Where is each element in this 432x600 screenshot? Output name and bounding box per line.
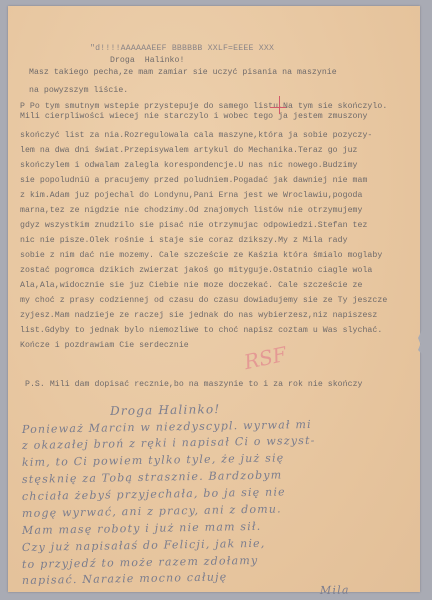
handwritten-line: mogę wyrwać, ani z pracy, ani z domu. bbox=[22, 502, 282, 520]
typed-body-line: marna,tez ze nigdzie nie chodzimy.Od zna… bbox=[20, 206, 362, 215]
red-signature-mark: RSF bbox=[242, 342, 289, 374]
typed-body-line: sobie z nim dać nie mozemy. Cale szcześc… bbox=[20, 251, 382, 260]
handwritten-line: stęsknię za Tobą strasznie. Bardzobym bbox=[22, 468, 283, 486]
handwritten-line: Mam masę roboty i już nie mam sił. bbox=[22, 520, 262, 537]
typed-test-header: "d!!!!AAAAAAEEF BBBBBB XXLF=EEEE XXX bbox=[90, 44, 274, 53]
typed-body-line: lem na dwa dni świat.Przepisywalem artyk… bbox=[20, 146, 358, 155]
typed-body-line: zyjesz.Mam nadzieje ze raczej sie jednak… bbox=[20, 311, 377, 320]
letter-page: "d!!!!AAAAAAEEF BBBBBB XXLF=EEEE XXX Dro… bbox=[8, 6, 420, 592]
typed-intro-line: Masz takiego pecha,ze mam zamiar sie ucz… bbox=[29, 68, 337, 77]
handwritten-line: Ponieważ Marcin w niezdyscypl. wyrwał mi bbox=[22, 418, 312, 436]
typed-body-line: Ala,Ala,widocznie sie juz Ciebie nie moz… bbox=[20, 281, 362, 290]
typed-body-line: zostać pogromca dzikich zwierzat jakoś g… bbox=[20, 266, 372, 275]
typed-body-line: Mili cierpliwości wiecej nie starczylo i… bbox=[20, 112, 367, 121]
typed-postscript: P.S. Mili dam dopisać recznie,bo na masz… bbox=[25, 380, 363, 389]
typed-body-line: sie popoludniü a pracujemy przed poludni… bbox=[20, 176, 367, 185]
handwritten-line: kim, to Ci powiem tylko tyle, że już się bbox=[22, 451, 285, 469]
red-pencil-mark bbox=[270, 107, 286, 108]
typed-salutation: Droga Halinko! bbox=[110, 56, 184, 65]
typed-body-line: my choć z prasy codziennej od czasu do c… bbox=[20, 296, 387, 305]
typed-body-line: Kończe i pozdrawiam Cie serdecznie bbox=[20, 341, 189, 350]
typed-body-line: skończylem i odwalam zalegla koresponden… bbox=[20, 161, 358, 170]
handwritten-line: z okazałej broń z ręki i napisał Ci o ws… bbox=[22, 434, 316, 452]
handwritten-salutation: Droga Halinko! bbox=[110, 402, 221, 418]
handwritten-signoff: Mila bbox=[320, 583, 350, 597]
handwritten-line: chciała żebyś przyjechała, bo ja się nie bbox=[22, 485, 286, 503]
red-pencil-mark bbox=[279, 96, 280, 114]
typed-body-line: skończyć list za nia.Rozregulowala cala … bbox=[20, 131, 372, 140]
typed-body-line: z kim.Adam juz pojechal do Londynu,Pani … bbox=[20, 191, 362, 200]
handwritten-line: Czy już napisałaś do Felicji, jak nie, bbox=[22, 537, 266, 554]
typed-body-line: gdyz wszystkim znudzilo sie pisać nie ot… bbox=[20, 221, 367, 230]
handwritten-line: napisać. Narazie mocno całuję bbox=[22, 570, 228, 587]
handwritten-line: to przyjedź to może razem zdołamy bbox=[22, 554, 259, 571]
typed-intro-line: na powyzszym liście. bbox=[29, 86, 128, 95]
typed-body-line: nic nie pisze.Olek rośnie i staje sie co… bbox=[20, 236, 348, 245]
typed-body-line: P Po tym smutnym wstepie przystepuje do … bbox=[20, 102, 387, 111]
typed-body-line: list.Gdyby to jednak bylo niemozliwe to … bbox=[20, 326, 382, 335]
